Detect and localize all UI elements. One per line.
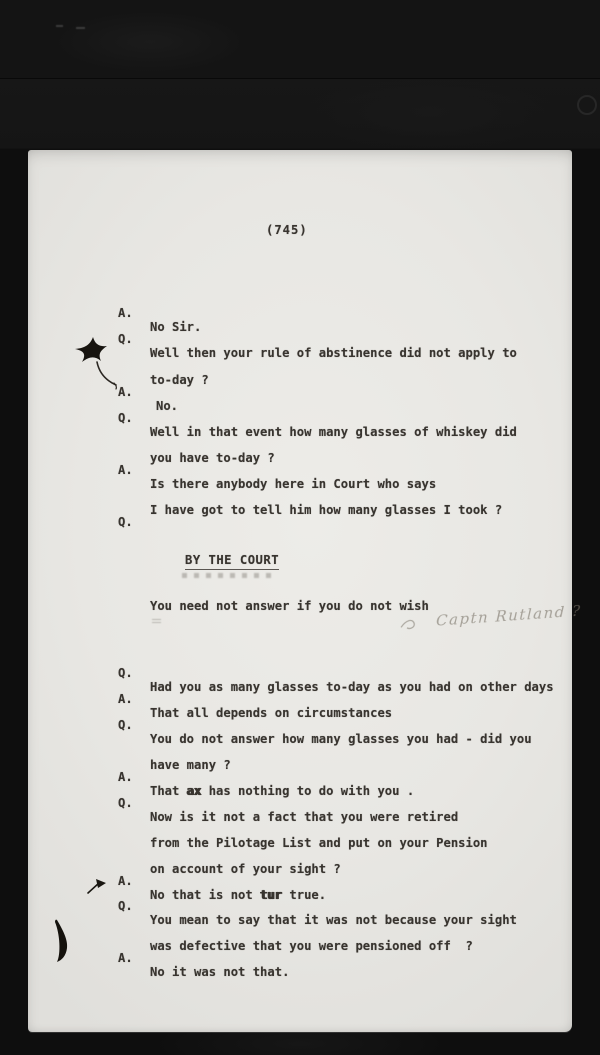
page-number: (745): [266, 223, 308, 237]
ink-splatter-star: [70, 334, 120, 394]
faint-circle-mark: [577, 95, 597, 115]
transcript-line: A. No that is not tur true.: [118, 860, 558, 875]
pencil-swash-stroke: [400, 614, 434, 632]
transcript-line: from the Pilotage List and put on your P…: [118, 808, 558, 823]
transcript-line: A. Is there anybody here in Court who sa…: [118, 449, 558, 464]
transcript-line: Q. Had you as many glasses to-day as you…: [118, 652, 558, 667]
transcript-line: A. That ax has nothing to do with you .: [118, 756, 558, 771]
ink-comma-mark: [52, 918, 78, 964]
transcript-line: Q. You mean to say that it was not becau…: [118, 885, 558, 900]
transcript-line: Q. Well then your rule of abstinence did…: [118, 318, 558, 333]
court-statement: You need not answer if you do not wish: [150, 599, 429, 613]
transcript-line: have many ?: [118, 730, 558, 745]
erased-text-smudge: [182, 573, 276, 578]
ink-arrow-mark: [86, 876, 110, 896]
transcript-text: No it was not that.: [150, 965, 289, 979]
film-speck: [56, 25, 63, 27]
transcript-line: Q. Now is it not a fact that you were re…: [118, 782, 558, 797]
pencil-tick-mark: [152, 619, 161, 623]
transcript-line: Q.: [118, 501, 558, 516]
speaker-marker: Q.: [118, 515, 133, 529]
transcript-line: A. No.: [118, 371, 558, 386]
speaker-marker: A.: [118, 951, 133, 965]
transcript-line: A. No it was not that.: [118, 937, 558, 952]
transcript-line: A. That all depends on circumstances: [118, 678, 558, 693]
section-heading: BY THE COURT: [185, 553, 279, 570]
transcript-line: to-day ?: [118, 345, 558, 360]
transcript-line: you have to-day ?: [118, 423, 558, 438]
pencil-annotation-text: Captn Rutland ?: [436, 602, 582, 630]
speaker-marker: Q.: [118, 332, 133, 346]
transcript-line: Q. Well in that event how many glasses o…: [118, 397, 558, 412]
document-page: (745) A. No Sir. Q. Well then your rule …: [28, 150, 572, 1032]
transcript-line: A. No Sir.: [118, 292, 558, 307]
transcript-line: I have got to tell him how many glasses …: [118, 475, 558, 490]
transcript-line: on account of your sight ?: [118, 834, 558, 849]
film-speck: [76, 27, 85, 29]
film-seam-line: [0, 78, 600, 79]
transcript-line: Q. You do not answer how many glasses yo…: [118, 704, 558, 719]
microfilm-scan: (745) A. No Sir. Q. Well then your rule …: [0, 0, 600, 1055]
transcript-line: was defective that you were pensioned of…: [118, 911, 558, 926]
